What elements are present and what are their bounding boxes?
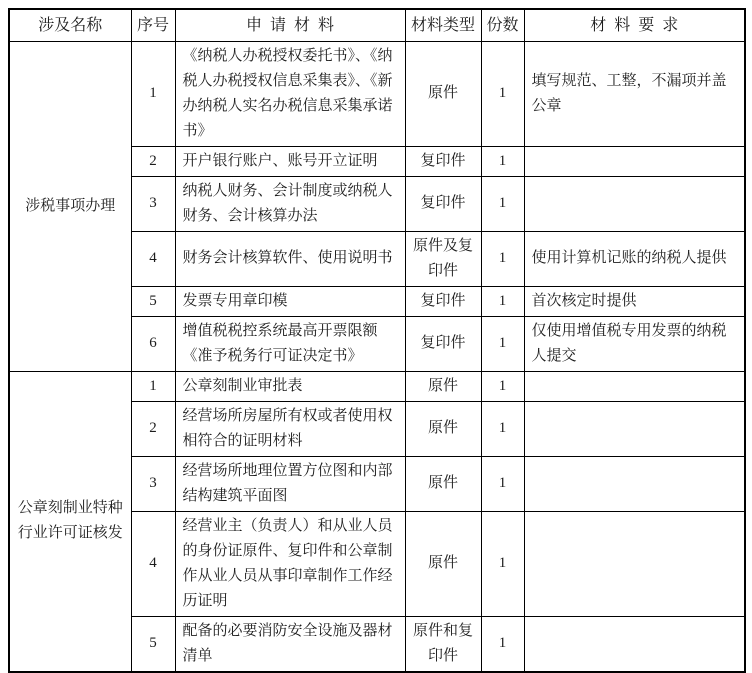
row-number: 1 [131,371,175,401]
material-name: 开户银行账户、账号开立证明 [175,146,405,176]
copies-count: 1 [481,176,524,231]
row-number: 2 [131,401,175,456]
copies-count: 1 [481,231,524,286]
material-requirement [524,146,745,176]
copies-count: 1 [481,316,524,371]
material-requirement: 填写规范、工整，不漏项并盖公章 [524,41,745,146]
table-header-row: 涉及名称 序号 申 请 材 料 材料类型 份数 材 料 要 求 [9,9,745,41]
material-requirement [524,616,745,672]
material-type: 复印件 [405,146,481,176]
header-application-material: 申 请 材 料 [175,9,405,41]
material-name: 发票专用章印模 [175,286,405,316]
material-type: 原件 [405,511,481,616]
copies-count: 1 [481,371,524,401]
header-copies: 份数 [481,9,524,41]
section-name-seal-engraving-license: 公章刻制业特种行业许可证核发 [9,371,131,672]
copies-count: 1 [481,456,524,511]
material-type: 复印件 [405,316,481,371]
material-type: 原件 [405,401,481,456]
material-requirement [524,511,745,616]
row-number: 4 [131,231,175,286]
material-name: 财务会计核算软件、使用说明书 [175,231,405,286]
material-requirement: 仅使用增值税专用发票的纳税人提交 [524,316,745,371]
material-requirement [524,456,745,511]
material-type: 原件 [405,41,481,146]
row-number: 1 [131,41,175,146]
row-number: 4 [131,511,175,616]
row-number: 5 [131,286,175,316]
row-number: 5 [131,616,175,672]
material-type: 原件和复印件 [405,616,481,672]
material-name: 配备的必要消防安全设施及器材清单 [175,616,405,672]
copies-count: 1 [481,511,524,616]
document-page: 涉及名称 序号 申 请 材 料 材料类型 份数 材 料 要 求 涉税事项办理 1… [0,0,752,644]
material-name: 公章刻制业审批表 [175,371,405,401]
header-material-requirement: 材 料 要 求 [524,9,745,41]
material-name: 增值税税控系统最高开票限额《准予税务行可证决定书》 [175,316,405,371]
row-number: 3 [131,456,175,511]
copies-count: 1 [481,401,524,456]
material-requirement [524,371,745,401]
section-name-tax-matters: 涉税事项办理 [9,41,131,371]
material-name: 《纳税人办税授权委托书》、《纳税人办税授权信息采集表》、《新办纳税人实名办税信息… [175,41,405,146]
material-name: 经营场所房屋所有权或者使用权相符合的证明材料 [175,401,405,456]
row-number: 3 [131,176,175,231]
header-material-type: 材料类型 [405,9,481,41]
material-type: 原件 [405,371,481,401]
row-number: 6 [131,316,175,371]
material-requirement: 首次核定时提供 [524,286,745,316]
copies-count: 1 [481,286,524,316]
header-sequence-number: 序号 [131,9,175,41]
copies-count: 1 [481,41,524,146]
material-requirement [524,176,745,231]
copies-count: 1 [481,146,524,176]
table-row: 涉税事项办理 1 《纳税人办税授权委托书》、《纳税人办税授权信息采集表》、《新办… [9,41,745,146]
material-requirement: 使用计算机记账的纳税人提供 [524,231,745,286]
material-type: 原件 [405,456,481,511]
material-name: 经营业主（负责人）和从业人员的身份证原件、复印件和公章制作从业人员从事印章制作工… [175,511,405,616]
material-name: 纳税人财务、会计制度或纳税人财务、会计核算办法 [175,176,405,231]
header-involved-name: 涉及名称 [9,9,131,41]
material-type: 复印件 [405,286,481,316]
material-requirement [524,401,745,456]
table-row: 公章刻制业特种行业许可证核发 1 公章刻制业审批表 原件 1 [9,371,745,401]
row-number: 2 [131,146,175,176]
material-type: 复印件 [405,176,481,231]
material-name: 经营场所地理位置方位图和内部结构建筑平面图 [175,456,405,511]
copies-count: 1 [481,616,524,672]
material-type: 原件及复印件 [405,231,481,286]
application-materials-table: 涉及名称 序号 申 请 材 料 材料类型 份数 材 料 要 求 涉税事项办理 1… [8,8,746,673]
